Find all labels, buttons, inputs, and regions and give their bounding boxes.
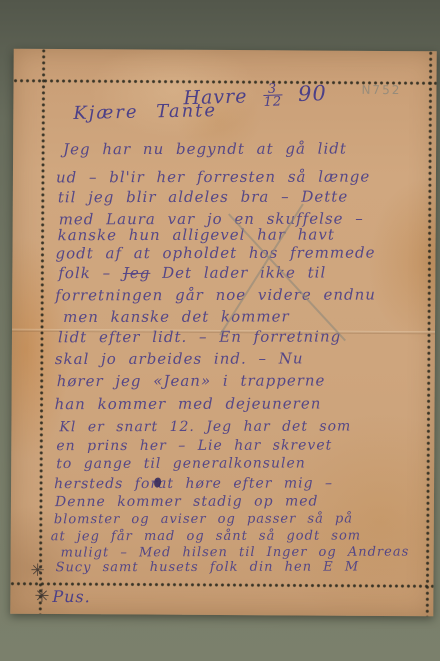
handwritten-line: godt af at opholdet hos fremmede [55, 246, 375, 262]
footnote-text: Pus. [52, 587, 90, 606]
letter-body: Jeg har nu begyndt at gå lidtud – bl'ir … [14, 49, 437, 52]
handwritten-line: men kanske det kommer [63, 309, 290, 325]
handwritten-line: til jeg blir aldeles bra – Dette [58, 189, 348, 205]
date-year: 90 [298, 81, 327, 106]
footnote-asterisk-mark: ✳ [34, 586, 49, 607]
handwritten-line: ud – bl'ir her forresten så længe [56, 170, 370, 186]
margin-asterisk-mark: ✳ [30, 561, 44, 581]
handwritten-line: hører jeg «Jean» i trapperne [57, 373, 326, 389]
handwritten-line: to gange til generalkonsulen [56, 456, 306, 471]
handwritten-line: forretningen går noe videre endnu [55, 288, 376, 304]
struck-word: Jeg [123, 264, 151, 282]
handwritten-line: kanske hun alligevel har havt [58, 227, 335, 243]
handwritten-line: Jeg har nu begyndt at gå lidt [63, 142, 347, 158]
handwritten-line: han kommer med dejeuneren [55, 396, 322, 412]
handwritten-line: blomster og aviser og passer så på [54, 512, 353, 526]
handwritten-line: muligt – Med hilsen til Inger og Andreas [61, 546, 410, 560]
greeting: Kjære Tante [73, 100, 217, 124]
photograph-background: N752 Havre 312 90 Kjære Tante Jeg har nu… [0, 0, 440, 661]
date-fraction: 312 [263, 83, 282, 108]
handwritten-line: at jeg får mad og sånt så godt som [51, 529, 361, 543]
handwritten-line: en prins her – Lie har skrevet [56, 438, 332, 453]
handwritten-line: Denne kommer stadig op med [55, 494, 319, 509]
handwritten-line: Kl er snart 12. Jeg har det som [59, 420, 351, 435]
handwritten-line: Sucy samt husets folk din hen E M [56, 561, 360, 575]
handwritten-line: skal jo arbeides ind. – Nu [55, 351, 304, 367]
letter-card: N752 Havre 312 90 Kjære Tante Jeg har nu… [10, 49, 436, 617]
handwritten-line: hersteds forat høre efter mig – [54, 476, 333, 491]
archive-number: N752 [361, 83, 401, 97]
handwritten-line: lidt efter lidt. – En forretning [58, 329, 341, 345]
